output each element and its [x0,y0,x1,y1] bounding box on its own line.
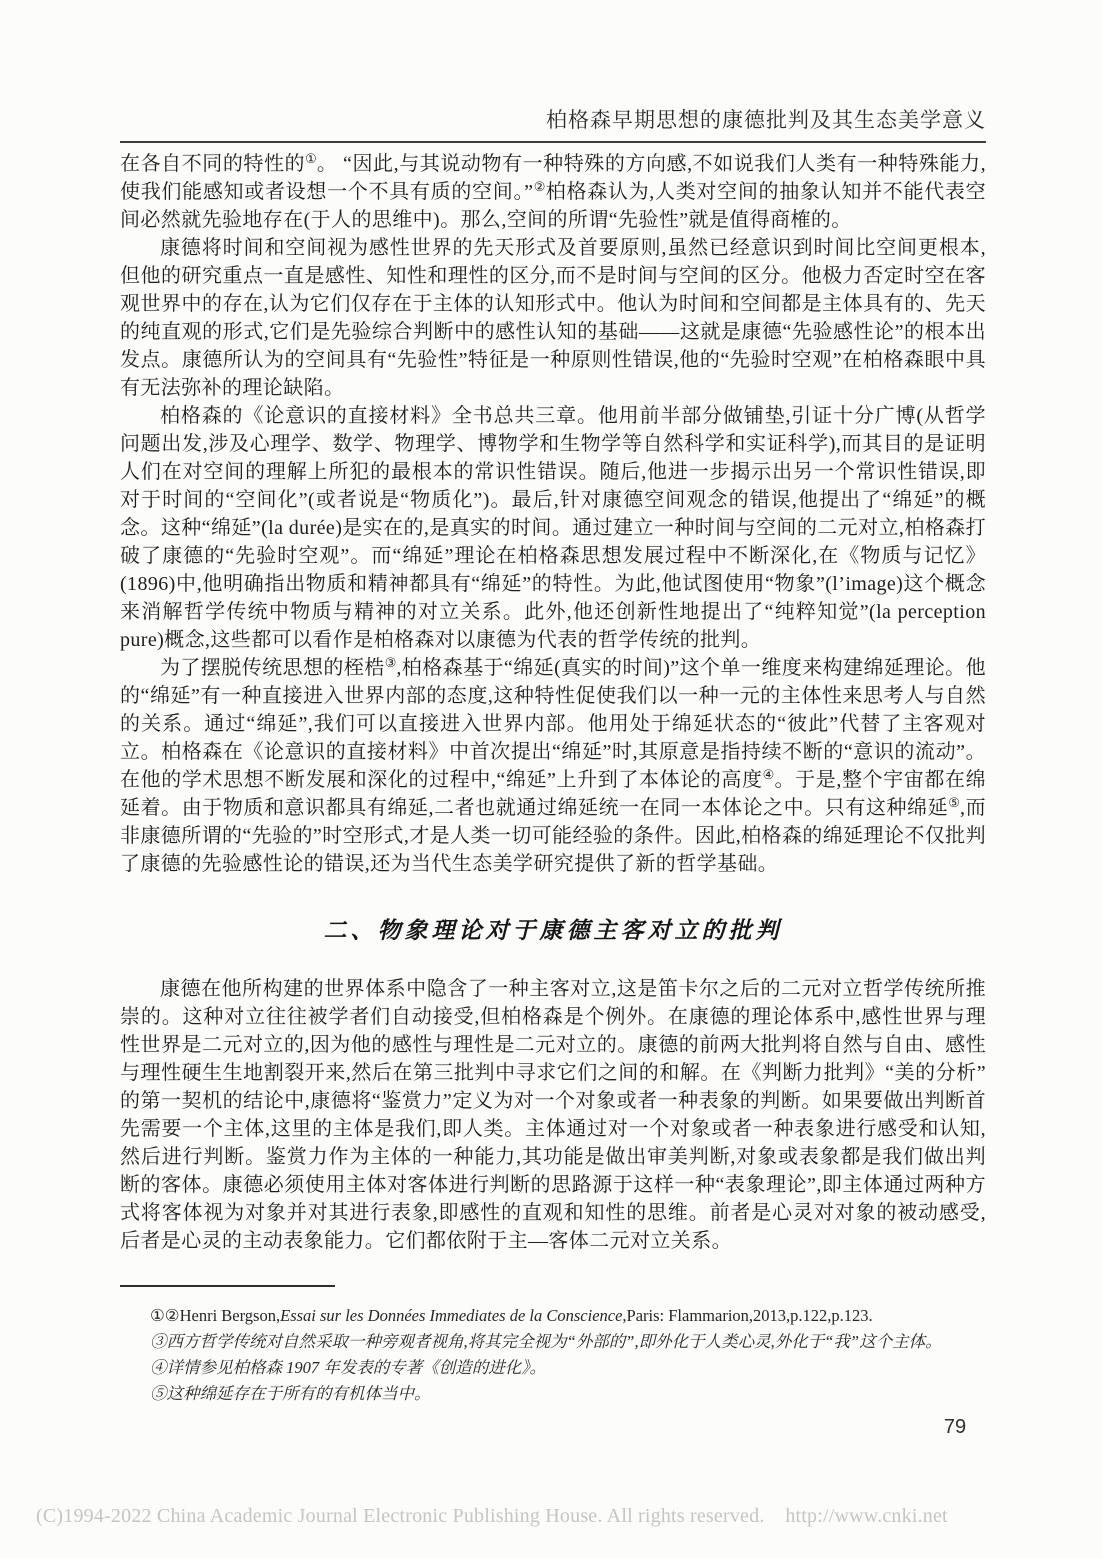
copyright-footer: (C)1994-2022 China Academic Journal Elec… [36,1505,948,1528]
footnotes-block: ①②Henri Bergson,Essai sur les Données Im… [120,1285,986,1407]
page-number: 79 [930,1416,980,1439]
running-header: 柏格森早期思想的康德批判及其生态美学意义 [120,104,986,143]
body-paragraph: 康德将时间和空间视为感性世界的先天形式及首要原则,虽然已经意识到时间比空间更根本… [120,234,986,402]
body-paragraph: 康德在他所构建的世界体系中隐含了一种主客对立,这是笛卡尔之后的二元对立哲学传统所… [120,975,986,1255]
footnote-1-authors: ①②Henri Bergson, [150,1306,280,1325]
header-rule [120,141,986,143]
footnote-5: ⑤这种绵延存在于所有的有机体当中。 [120,1381,986,1407]
body-paragraph: 为了摆脱传统思想的桎梏③,柏格森基于“绵延(真实的时间)”这个单一维度来构建绵延… [120,654,986,878]
footnote-1-book-title: Essai sur les Données Immediates de la C… [280,1306,622,1325]
footnote-separator-rule [120,1285,335,1287]
body-paragraph: 柏格森的《论意识的直接材料》全书总共三章。他用前半部分做铺垫,引证十分广博(从哲… [120,402,986,654]
section-heading: 二、物象理论对于康德主客对立的批判 [120,912,986,945]
running-header-title: 柏格森早期思想的康德批判及其生态美学意义 [120,104,986,141]
footnote-1-publication: ,Paris: Flammarion,2013,p.122,p.123. [622,1306,872,1325]
footnote-4: ④详情参见柏格森 1907 年发表的专著《创造的进化》。 [120,1355,986,1381]
journal-page: 柏格森早期思想的康德批判及其生态美学意义 在各自不同的特性的①。 “因此,与其说… [0,0,1102,1558]
footnote-1: ①②Henri Bergson,Essai sur les Données Im… [120,1303,986,1329]
article-body: 在各自不同的特性的①。 “因此,与其说动物有一种特殊的方向感,不如说我们人类有一… [120,150,986,1255]
body-paragraph-continuation: 在各自不同的特性的①。 “因此,与其说动物有一种特殊的方向感,不如说我们人类有一… [120,150,986,234]
footnote-3: ③西方哲学传统对自然采取一种旁观者视角,将其完全视为“外部的”,即外化于人类心灵… [120,1329,986,1355]
